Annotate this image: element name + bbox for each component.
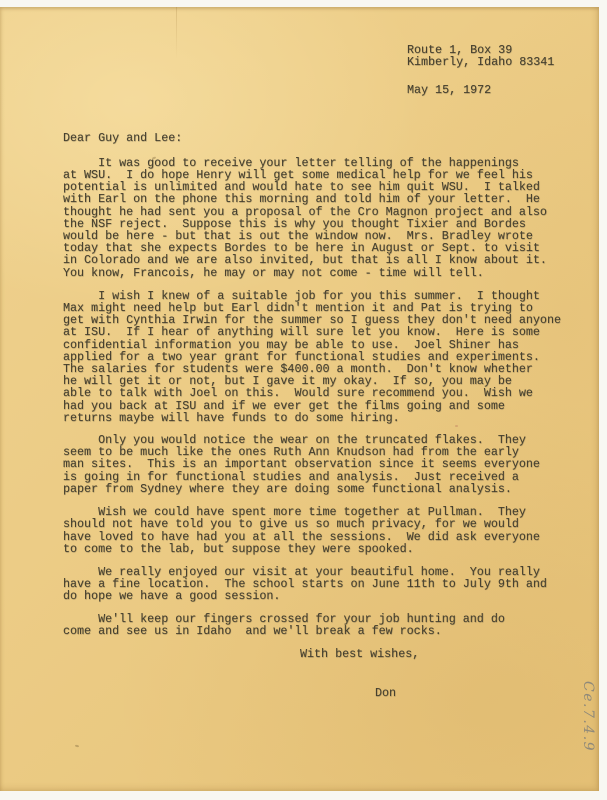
- sender-address: Route 1, Box 39 Kimberly, Idaho 83341: [407, 7, 587, 68]
- handwritten-archival-number: Ce.7.4.9: [580, 681, 596, 752]
- paragraph: It was good to receive your letter telli…: [63, 157, 587, 279]
- signature: Don: [375, 687, 587, 699]
- salutation: Dear Guy and Lee:: [63, 132, 587, 144]
- letter-date: May 15, 1972: [407, 84, 587, 96]
- paragraph: We really enjoyed our visit at your beau…: [63, 566, 587, 603]
- paragraph: Only you would notice the wear on the tr…: [63, 434, 587, 495]
- paragraph: I wish I knew of a suitable job for you …: [63, 290, 587, 424]
- paper-speck: [75, 745, 79, 748]
- closing-line: With best wishes,: [300, 648, 587, 660]
- letter-paper: Route 1, Box 39 Kimberly, Idaho 83341 Ma…: [0, 7, 599, 791]
- paragraph: We'll keep our fingers crossed for your …: [63, 613, 587, 637]
- paragraph: Wish we could have spent more time toget…: [63, 506, 587, 555]
- letter-content: Route 1, Box 39 Kimberly, Idaho 83341 Ma…: [63, 7, 587, 699]
